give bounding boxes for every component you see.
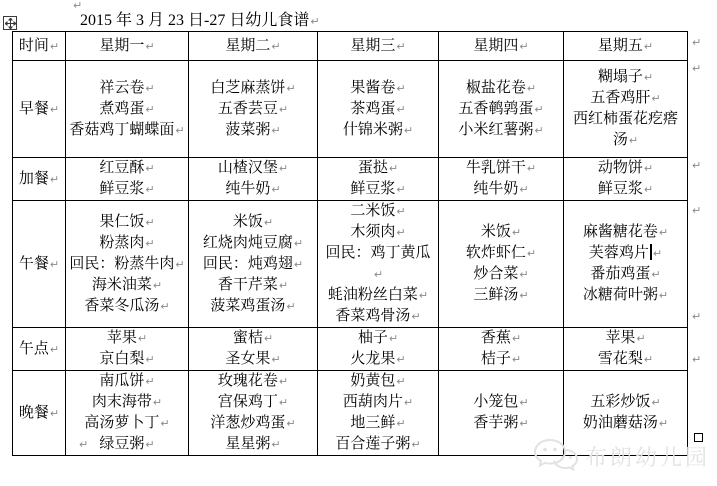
row-end-mark: ↵	[692, 310, 701, 323]
menu-item-text: 玫瑰花卷	[218, 373, 278, 389]
paragraph-mark: ↵	[286, 300, 295, 313]
paragraph-mark: ↵	[512, 332, 521, 345]
menu-item: 苹果↵	[69, 328, 185, 349]
table-header-row: 时间↵星期一↵星期二↵星期三↵星期四↵星期五↵	[13, 32, 688, 61]
paragraph-mark: ↵	[153, 396, 162, 409]
menu-item: 桔子↵	[442, 349, 560, 370]
meal-label: 加餐	[19, 171, 49, 187]
menu-cell[interactable]: 蛋挞↵鲜豆浆↵	[318, 158, 439, 201]
paragraph-mark: ↵	[264, 216, 273, 229]
menu-item: 冰糖荷叶粥↵	[567, 285, 684, 306]
paragraph-mark: ↵	[79, 438, 88, 451]
menu-item: 蛋挞↵	[321, 158, 435, 179]
menu-item-text: 米饭	[233, 214, 263, 230]
menu-item-text: 什锦米粥	[343, 122, 403, 138]
menu-item-text: 五香芸豆	[218, 101, 278, 117]
menu-item-text: 祥云卷	[99, 80, 144, 96]
menu-item-text: 红豆酥	[99, 160, 144, 176]
menu-item-text: 蚝油粉丝白菜	[328, 287, 418, 303]
menu-item-text: 西葫肉片	[343, 394, 403, 410]
header-cell-day-1[interactable]: 星期一↵	[66, 32, 189, 61]
menu-item-text: 小米红薯粥	[458, 122, 533, 138]
paragraph-mark: ↵	[519, 40, 528, 53]
menu-item: 粉蒸肉↵	[69, 233, 185, 254]
paragraph-mark: ↵	[279, 103, 288, 116]
menu-item-text: 糊塌子	[598, 69, 643, 85]
paragraph-mark: ↵	[145, 183, 154, 196]
menu-item-text: 菠菜鸡蛋汤	[210, 298, 285, 314]
menu-item-text: 茶鸡蛋	[350, 101, 395, 117]
menu-item: 星星粥↵	[192, 434, 314, 455]
menu-item-text: 宫保鸡丁	[218, 394, 278, 410]
menu-item-text: 蜜桔	[233, 330, 263, 346]
menu-item: 香菜鸡骨汤↵	[321, 306, 435, 327]
menu-item-text: 海米油菜	[92, 277, 152, 293]
table-row: 午点↵苹果↵京白梨↵蜜桔↵圣女果↵柚子↵火龙果↵香蕉↵桔子↵苹果↵雪花梨↵	[13, 328, 688, 371]
menu-cell[interactable]: 牛乳饼干↵纯牛奶↵	[439, 158, 564, 201]
paragraph-mark: ↵	[651, 92, 660, 105]
paragraph-mark: ↵	[644, 183, 653, 196]
meal-label-cell[interactable]: 加餐↵	[13, 158, 66, 201]
row-end-mark: ↵	[692, 62, 701, 75]
paragraph-mark: ↵	[175, 124, 184, 137]
menu-item: 芙蓉鸡片↵	[567, 243, 684, 264]
menu-item: 回民：粉蒸牛肉↵	[69, 254, 185, 275]
row-end-mark: ↵	[692, 36, 701, 49]
menu-item: 奶油蘑菇汤↵	[567, 413, 684, 434]
menu-item: 红烧肉炖豆腐↵	[192, 233, 314, 254]
paragraph-mark: ↵	[271, 183, 280, 196]
paragraph-mark: ↵	[160, 300, 169, 313]
paragraph-mark: ↵	[644, 71, 653, 84]
menu-item-text: 雪花梨	[598, 351, 643, 367]
menu-item-text: 软炸虾仁	[466, 245, 526, 261]
page-title-text: 2015 年 3 月 23 日-27 日幼儿食谱	[80, 12, 309, 29]
paragraph-mark: ↵	[145, 40, 154, 53]
paragraph-mark: ↵	[271, 40, 280, 53]
menu-cell[interactable]: 祥云卷↵煮鸡蛋↵香菇鸡丁蝴蝶面↵	[66, 61, 189, 158]
menu-item: 牛乳饼干↵	[442, 158, 560, 179]
paragraph-mark: ↵	[519, 396, 528, 409]
menu-item-text: 纯牛奶	[473, 181, 518, 197]
menu-item-text: 回民：鸡丁黄瓜	[325, 245, 430, 261]
menu-item: 糊塌子↵	[567, 67, 684, 88]
table-row: 午餐↵果仁饭↵粉蒸肉↵回民：粉蒸牛肉↵海米油菜↵香菜冬瓜汤↵米饭↵红烧肉炖豆腐↵…	[13, 201, 688, 328]
watermark-text: 布朗幼儿园	[585, 441, 710, 472]
paragraph-mark: ↵	[279, 375, 288, 388]
header-label: 星期一	[99, 38, 144, 54]
menu-cell[interactable]: 米饭↵软炸虾仁↵炒合菜↵三鲜汤↵	[439, 201, 564, 328]
paragraph-mark: ↵	[145, 103, 154, 116]
menu-item: 米饭↵	[442, 222, 560, 243]
header-cell-day-3[interactable]: 星期三↵	[318, 32, 439, 61]
menu-item-text: 鲜豆浆	[99, 181, 144, 197]
menu-item: 纯牛奶↵	[192, 179, 314, 200]
menu-item-text: 苹果	[605, 330, 635, 346]
paragraph-mark: ↵	[50, 103, 59, 116]
menu-item-text: 红烧肉炖豆腐	[203, 235, 293, 251]
menu-item: 香菜冬瓜汤↵	[69, 296, 185, 317]
paragraph-mark: ↵	[50, 407, 59, 420]
paragraph-mark: ↵	[310, 15, 319, 28]
menu-item-text: 京白梨	[99, 351, 144, 367]
menu-item: 香蕉↵	[442, 328, 560, 349]
menu-item: 香菇鸡丁蝴蝶面↵	[69, 120, 185, 141]
menu-item-text: 动物饼	[598, 160, 643, 176]
table-row: 早餐↵祥云卷↵煮鸡蛋↵香菇鸡丁蝴蝶面↵白芝麻蒸饼↵五香芸豆↵菠菜粥↵果酱卷↵茶鸡…	[13, 61, 688, 158]
paragraph-mark: ↵	[264, 332, 273, 345]
menu-item-text: 粉蒸肉	[99, 235, 144, 251]
menu-item-text: 星星粥	[225, 436, 270, 452]
paragraph-mark: ↵	[512, 226, 521, 239]
header-cell-day-2[interactable]: 星期二↵	[189, 32, 318, 61]
move-cross-icon	[5, 18, 16, 29]
menu-item-text: 菠菜粥	[225, 122, 270, 138]
paragraph-mark: ↵	[534, 103, 543, 116]
paragraph-mark: ↵	[644, 162, 653, 175]
paragraph-mark: ↵	[145, 353, 154, 366]
menu-item: 软炸虾仁↵	[442, 243, 560, 264]
menu-item: 小米红薯粥↵	[442, 120, 560, 141]
menu-item: 宫保鸡丁↵	[192, 392, 314, 413]
menu-item-text: 肉末海带	[92, 394, 152, 410]
paragraph-mark: ↵	[279, 162, 288, 175]
menu-item: 五彩炒饭↵	[567, 392, 684, 413]
paragraph-mark: ↵	[374, 268, 383, 281]
menu-item: 二米饭↵	[321, 201, 435, 222]
wechat-logo-icon	[533, 437, 579, 475]
menu-cell[interactable]: 柚子↵火龙果↵	[318, 328, 439, 371]
menu-item-text: 椒盐花卷	[466, 80, 526, 96]
paragraph-mark: ↵	[279, 396, 288, 409]
menu-cell[interactable]: 苹果↵京白梨↵	[66, 328, 189, 371]
menu-item: 洋葱炒鸡蛋↵	[192, 413, 314, 434]
menu-item-text: 高汤萝卜丁	[84, 415, 159, 431]
menu-item: 蜜桔↵	[192, 328, 314, 349]
menu-item: 鲜豆浆↵	[321, 179, 435, 200]
header-label: 时间	[19, 38, 49, 54]
menu-item-text: 牛乳饼干	[466, 160, 526, 176]
menu-item-text: 炒合菜	[473, 266, 518, 282]
menu-item-text: 南瓜饼	[99, 373, 144, 389]
menu-item: 白芝麻蒸饼↵	[192, 78, 314, 99]
paragraph-mark: ↵	[651, 396, 660, 409]
menu-item: 雪花梨↵	[567, 349, 684, 370]
paragraph-mark: ↵	[527, 162, 536, 175]
row-end-mark: ↵	[692, 159, 701, 172]
row-end-mark: ↵	[692, 204, 701, 217]
menu-item: 回民：炖鸡翅↵	[192, 254, 314, 275]
paragraph-mark: ↵	[396, 205, 405, 218]
menu-item: 木须肉↵	[321, 222, 435, 243]
menu-item-text: 冰糖荷叶粥	[583, 287, 658, 303]
paragraph-mark: ↵	[389, 162, 398, 175]
menu-item-text: 香蕉	[481, 330, 511, 346]
text-cursor	[650, 244, 652, 260]
menu-item-text: 蛋挞	[358, 160, 388, 176]
menu-item: 炒合菜↵	[442, 264, 560, 285]
paragraph-mark: ↵	[145, 237, 154, 250]
menu-item: 西葫肉片↵	[321, 392, 435, 413]
meal-label: 早餐	[19, 101, 49, 117]
menu-item-text: 苹果	[107, 330, 137, 346]
paragraph-mark: ↵	[659, 226, 668, 239]
menu-item-text: 五香鹌鹑蛋	[458, 101, 533, 117]
menu-item: 三鲜汤↵	[442, 285, 560, 306]
paragraph-mark: ↵	[50, 40, 59, 53]
menu-item: 麻酱糖花卷↵	[567, 222, 684, 243]
menu-item-text: 小笼包	[473, 394, 518, 410]
menu-item: 果仁饭↵	[69, 212, 185, 233]
menu-item: 香芋粥↵	[442, 413, 560, 434]
paragraph-mark: ↵	[389, 332, 398, 345]
paragraph-mark: ↵	[534, 124, 543, 137]
paragraph-mark: ↵	[644, 353, 653, 366]
paragraph-mark: ↵	[279, 279, 288, 292]
menu-item-text: 五彩炒饭	[590, 394, 650, 410]
menu-cell[interactable]: 山楂汉堡↵纯牛奶↵	[189, 158, 318, 201]
paragraph-mark: ↵	[629, 134, 638, 147]
paragraph-mark: ↵	[145, 82, 154, 95]
menu-item: 肉末海带↵	[69, 392, 185, 413]
menu-item: 香干芹菜↵	[192, 275, 314, 296]
menu-item-text: 回民：炖鸡翅	[203, 256, 293, 272]
menu-item: 鲜豆浆↵	[567, 179, 684, 200]
paragraph-mark: ↵	[271, 353, 280, 366]
menu-item-text: 绿豆粥	[99, 436, 144, 452]
menu-item-text: 洋葱炒鸡蛋	[210, 415, 285, 431]
menu-table-container: 时间↵星期一↵星期二↵星期三↵星期四↵星期五↵早餐↵祥云卷↵煮鸡蛋↵香菇鸡丁蝴蝶…	[12, 31, 688, 456]
menu-item: 火龙果↵	[321, 349, 435, 370]
menu-item-text: 煮鸡蛋	[99, 101, 144, 117]
meal-label-cell[interactable]: 晚餐↵	[13, 371, 66, 456]
menu-item-text: 鲜豆浆	[598, 181, 643, 197]
header-label: 星期五	[598, 38, 643, 54]
table-row: 加餐↵红豆酥↵鲜豆浆↵山楂汉堡↵纯牛奶↵蛋挞↵鲜豆浆↵牛乳饼干↵纯牛奶↵动物饼↵…	[13, 158, 688, 201]
header-cell-day-4[interactable]: 星期四↵	[439, 32, 564, 61]
menu-item-text: 果仁饭	[99, 214, 144, 230]
meal-label-cell[interactable]: 午点↵	[13, 328, 66, 371]
paragraph-mark: ↵	[419, 289, 428, 302]
menu-cell[interactable]: 玫瑰花卷↵宫保鸡丁↵洋葱炒鸡蛋↵星星粥↵	[189, 371, 318, 456]
menu-item-text: 回民：粉蒸牛肉	[69, 256, 174, 272]
menu-item-text: 纯牛奶	[225, 181, 270, 197]
header-cell-day-5[interactable]: 星期五↵	[564, 32, 688, 61]
menu-cell[interactable]: 红豆酥↵鲜豆浆↵	[66, 158, 189, 201]
menu-item-text: 奶油蘑菇汤	[583, 415, 658, 431]
menu-item: 海米油菜↵	[69, 275, 185, 296]
menu-item-text: 火龙果	[350, 351, 395, 367]
paragraph-mark: ↵	[527, 82, 536, 95]
menu-cell[interactable]: 动物饼↵鲜豆浆↵	[564, 158, 688, 201]
paragraph-mark: ↵	[396, 183, 405, 196]
menu-item: 菠菜鸡蛋汤↵	[192, 296, 314, 317]
menu-item: 南瓜饼↵	[69, 371, 185, 392]
menu-item-text: 桔子	[481, 351, 511, 367]
menu-item: 什锦米粥↵	[321, 120, 435, 141]
menu-item-text: 白芝麻蒸饼	[210, 80, 285, 96]
menu-item-text: 果酱卷	[350, 80, 395, 96]
menu-table[interactable]: 时间↵星期一↵星期二↵星期三↵星期四↵星期五↵早餐↵祥云卷↵煮鸡蛋↵香菇鸡丁蝴蝶…	[12, 31, 688, 456]
menu-cell[interactable]: 糊塌子↵五香鸡肝↵西红柿蛋花疙瘩汤↵	[564, 61, 688, 158]
paragraph-mark: ↵	[512, 353, 521, 366]
header-label: 星期二	[225, 38, 270, 54]
menu-item-text: 百合莲子粥	[335, 436, 410, 452]
menu-item: 番茄鸡蛋↵	[567, 264, 684, 285]
paragraph-mark: ↵	[396, 40, 405, 53]
paragraph-mark: ↵	[659, 289, 668, 302]
menu-item: 动物饼↵	[567, 158, 684, 179]
menu-item-text: 鲜豆浆	[350, 181, 395, 197]
paragraph-mark: ↵	[50, 258, 59, 271]
paragraph-mark: ↵	[519, 289, 528, 302]
paragraph-mark: ↵	[145, 375, 154, 388]
header-label: 星期四	[473, 38, 518, 54]
paragraph-mark: ↵	[138, 332, 147, 345]
paragraph-mark: ↵	[644, 40, 653, 53]
menu-item-text: 山楂汉堡	[218, 160, 278, 176]
paragraph-mark: ↵	[294, 237, 303, 250]
menu-cell[interactable]: 白芝麻蒸饼↵五香芸豆↵菠菜粥↵	[189, 61, 318, 158]
menu-item: 百合莲子粥↵	[321, 434, 435, 455]
paragraph-mark: ↵	[396, 353, 405, 366]
paragraph-mark: ↵	[411, 310, 420, 323]
paragraph-mark: ↵	[404, 124, 413, 137]
menu-item-text: 香干芹菜	[218, 277, 278, 293]
paragraph-mark: ↵	[50, 343, 59, 356]
menu-item-text: 香芋粥	[473, 415, 518, 431]
menu-item-text: 柚子	[358, 330, 388, 346]
meal-label: 午点	[19, 341, 49, 357]
menu-item-text: 西红柿蛋花疙瘩汤	[573, 111, 678, 148]
paragraph-mark: ↵	[396, 103, 405, 116]
menu-item-text: 香菇鸡丁蝴蝶面	[69, 122, 174, 138]
menu-item: 京白梨↵	[69, 349, 185, 370]
paragraph-mark: ↵	[153, 279, 162, 292]
paragraph-mark: ↵	[396, 82, 405, 95]
menu-item: 纯牛奶↵	[442, 179, 560, 200]
menu-cell[interactable]: 果酱卷↵茶鸡蛋↵什锦米粥↵	[318, 61, 439, 158]
paragraph-mark: ↵	[411, 438, 420, 451]
paragraph-mark: ↵	[145, 438, 154, 451]
menu-item-text: 番茄鸡蛋	[590, 266, 650, 282]
header-cell-time[interactable]: 时间↵	[13, 32, 66, 61]
paragraph-mark: ↵	[519, 183, 528, 196]
menu-item-text: 香菜冬瓜汤	[84, 298, 159, 314]
menu-item-text: 香菜鸡骨汤	[335, 308, 410, 324]
menu-item: 山楂汉堡↵	[192, 158, 314, 179]
row-end-mark: ↵	[692, 353, 701, 366]
menu-item: 蚝油粉丝白菜↵	[321, 285, 435, 306]
menu-cell[interactable]: 椒盐花卷↵五香鹌鹑蛋↵小米红薯粥↵	[439, 61, 564, 158]
menu-item: 茶鸡蛋↵	[321, 99, 435, 120]
menu-cell[interactable]: 奶黄包↵西葫肉片↵地三鲜↵百合莲子粥↵	[318, 371, 439, 456]
menu-item-text: 米饭	[481, 224, 511, 240]
meal-label: 晚餐	[19, 405, 49, 421]
meal-label-cell[interactable]: 午餐↵	[13, 201, 66, 328]
menu-item: 西红柿蛋花疙瘩汤↵	[567, 109, 684, 151]
menu-item-text: 圣女果	[225, 351, 270, 367]
menu-item: 祥云卷↵	[69, 78, 185, 99]
paragraph-mark: ↵	[294, 258, 303, 271]
menu-cell[interactable]: 苹果↵雪花梨↵	[564, 328, 688, 371]
paragraph-mark: ↵	[527, 247, 536, 260]
paragraph-mark: ↵	[396, 226, 405, 239]
menu-item-text: 麻酱糖花卷	[583, 224, 658, 240]
paragraph-mark: ↵	[653, 247, 662, 260]
menu-cell[interactable]: 香蕉↵桔子↵	[439, 328, 564, 371]
menu-item: 回民：鸡丁黄瓜↵	[321, 243, 435, 285]
menu-item-text: 三鲜汤	[473, 287, 518, 303]
menu-cell[interactable]: 麻酱糖花卷↵芙蓉鸡片↵番茄鸡蛋↵冰糖荷叶粥↵	[564, 201, 688, 328]
menu-item: 米饭↵	[192, 212, 314, 233]
menu-item: 五香鸡肝↵	[567, 88, 684, 109]
paragraph-mark: ↵	[286, 417, 295, 430]
paragraph-mark: ↵	[519, 268, 528, 281]
menu-item: 红豆酥↵	[69, 158, 185, 179]
paragraph-mark: ↵	[659, 417, 668, 430]
table-move-handle-icon[interactable]	[3, 16, 17, 30]
menu-cell[interactable]: 米饭↵红烧肉炖豆腐↵回民：炖鸡翅↵香干芹菜↵菠菜鸡蛋汤↵	[189, 201, 318, 328]
menu-item: 果酱卷↵	[321, 78, 435, 99]
menu-item: 玫瑰花卷↵	[192, 371, 314, 392]
menu-item: 圣女果↵	[192, 349, 314, 370]
menu-item: 五香芸豆↵	[192, 99, 314, 120]
paragraph-mark: ↵	[175, 258, 184, 271]
paragraph-mark: ↵	[160, 417, 169, 430]
menu-item-text: 奶黄包	[350, 373, 395, 389]
paragraph-mark: ↵	[404, 396, 413, 409]
paragraph-mark: ↵	[50, 173, 59, 186]
menu-item: 小笼包↵	[442, 392, 560, 413]
page-title[interactable]: 2015 年 3 月 23 日-27 日幼儿食谱↵	[80, 7, 320, 30]
menu-item: 苹果↵	[567, 328, 684, 349]
paragraph-mark: ↵	[145, 216, 154, 229]
menu-item-text: 二米饭	[350, 203, 395, 219]
watermark: 布朗幼儿园	[533, 437, 710, 475]
menu-item-text: 五香鸡肝	[590, 90, 650, 106]
menu-item: 高汤萝卜丁↵	[69, 413, 185, 434]
menu-item: 柚子↵	[321, 328, 435, 349]
menu-item-text: 木须肉	[350, 224, 395, 240]
paragraph-mark: ↵	[396, 375, 405, 388]
menu-item: 椒盐花卷↵	[442, 78, 560, 99]
menu-item: 地三鲜↵	[321, 413, 435, 434]
menu-item-text: 芙蓉鸡片	[589, 245, 649, 261]
paragraph-mark: ↵	[396, 417, 405, 430]
menu-item: 菠菜粥↵	[192, 120, 314, 141]
paragraph-mark: ↵	[271, 438, 280, 451]
meal-label-cell[interactable]: 早餐↵	[13, 61, 66, 158]
menu-item: 奶黄包↵	[321, 371, 435, 392]
menu-cell[interactable]: 蜜桔↵圣女果↵	[189, 328, 318, 371]
menu-cell[interactable]: 二米饭↵木须肉↵回民：鸡丁黄瓜↵蚝油粉丝白菜↵香菜鸡骨汤↵	[318, 201, 439, 328]
meal-label: 午餐	[19, 256, 49, 272]
paragraph-mark: ↵	[651, 268, 660, 281]
header-label: 星期三	[350, 38, 395, 54]
menu-item: 煮鸡蛋↵	[69, 99, 185, 120]
paragraph-mark: ↵	[271, 124, 280, 137]
paragraph-mark: ↵	[286, 82, 295, 95]
paragraph-mark: ↵	[519, 417, 528, 430]
menu-item: 五香鹌鹑蛋↵	[442, 99, 560, 120]
menu-item-text: 地三鲜	[350, 415, 395, 431]
menu-cell[interactable]: 果仁饭↵粉蒸肉↵回民：粉蒸牛肉↵海米油菜↵香菜冬瓜汤↵	[66, 201, 189, 328]
paragraph-mark: ↵	[636, 332, 645, 345]
paragraph-mark: ↵	[145, 162, 154, 175]
menu-item: 鲜豆浆↵	[69, 179, 185, 200]
